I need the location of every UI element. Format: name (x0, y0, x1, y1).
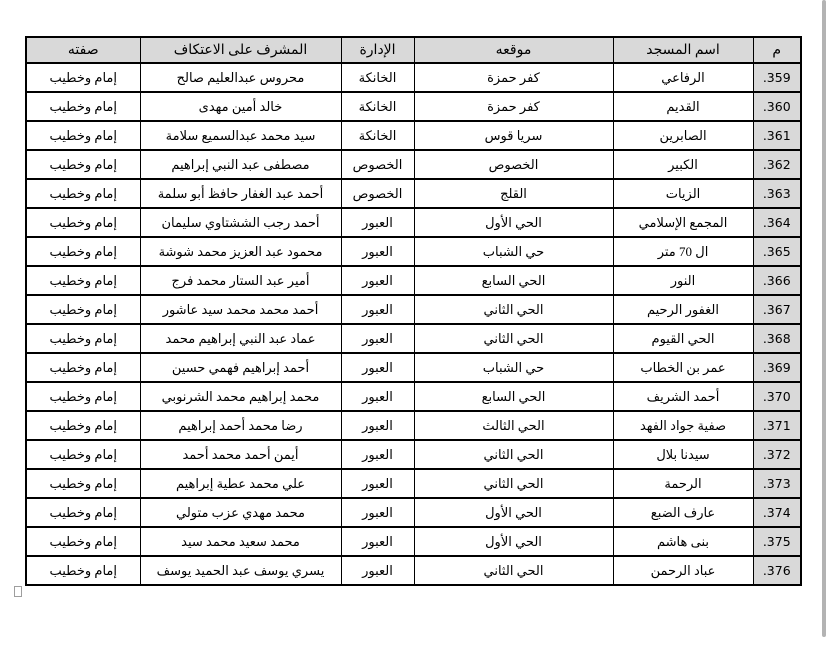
admin-cell[interactable]: العبور (341, 353, 414, 382)
supervisor-cell[interactable]: سيد محمد عبدالسميع سلامة (140, 121, 341, 150)
table-row: .375بنى هاشمالحي الأولالعبورمحمد سعيد مح… (26, 527, 801, 556)
admin-cell[interactable]: العبور (341, 237, 414, 266)
role-cell[interactable]: إمام وخطيب (26, 353, 140, 382)
num-cell[interactable]: .362 (753, 150, 801, 179)
num-cell[interactable]: .361 (753, 121, 801, 150)
role-cell[interactable]: إمام وخطيب (26, 92, 140, 121)
num-cell[interactable]: .369 (753, 353, 801, 382)
location-cell[interactable]: الحي الثاني (414, 440, 613, 469)
supervisor-cell[interactable]: علي محمد عطية إبراهيم (140, 469, 341, 498)
location-cell[interactable]: كفر حمزة (414, 63, 613, 92)
location-cell[interactable]: حي الشباب (414, 353, 613, 382)
admin-cell[interactable]: الخانكة (341, 92, 414, 121)
location-cell[interactable]: الحي الثاني (414, 324, 613, 353)
mosque-cell[interactable]: الكبير (613, 150, 753, 179)
paragraph-mark-icon (14, 586, 22, 597)
location-cell[interactable]: الحي الأول (414, 208, 613, 237)
admin-cell[interactable]: العبور (341, 469, 414, 498)
role-cell[interactable]: إمام وخطيب (26, 179, 140, 208)
table-header-row: ماسم المسجدموقعهالإدارةالمشرف على الاعتك… (26, 37, 801, 63)
num-cell[interactable]: .376 (753, 556, 801, 585)
num-cell[interactable]: .374 (753, 498, 801, 527)
table-body: .359الرفاعيكفر حمزةالخانكةمحروس عبدالعلي… (26, 63, 801, 585)
supervisor-cell[interactable]: محمد إبراهيم محمد الشرنوبي (140, 382, 341, 411)
location-cell[interactable]: الحي السابع (414, 266, 613, 295)
admin-cell[interactable]: العبور (341, 411, 414, 440)
table-row: .366النورالحي السابعالعبورأمير عبد الستا… (26, 266, 801, 295)
admin-cell[interactable]: العبور (341, 382, 414, 411)
mosque-cell[interactable]: الغفور الرحيم (613, 295, 753, 324)
location-cell[interactable]: الخصوص (414, 150, 613, 179)
supervisor-cell[interactable]: أحمد إبراهيم فهمي حسين (140, 353, 341, 382)
table-row: .363الزياتالقلجالخصوصأحمد عبد الغفار حاف… (26, 179, 801, 208)
mosque-cell[interactable]: الرفاعي (613, 63, 753, 92)
location-cell[interactable]: كفر حمزة (414, 92, 613, 121)
location-cell[interactable]: الحي الثاني (414, 556, 613, 585)
num-cell[interactable]: .372 (753, 440, 801, 469)
mosque-cell[interactable]: عارف الضبع (613, 498, 753, 527)
table-row: .359الرفاعيكفر حمزةالخانكةمحروس عبدالعلي… (26, 63, 801, 92)
num-cell[interactable]: .366 (753, 266, 801, 295)
location-cell[interactable]: القلج (414, 179, 613, 208)
column-header-num[interactable]: م (753, 37, 801, 63)
role-cell[interactable]: إمام وخطيب (26, 469, 140, 498)
mosque-cell[interactable]: سيدنا بلال (613, 440, 753, 469)
location-cell[interactable]: الحي الأول (414, 498, 613, 527)
role-cell[interactable]: إمام وخطيب (26, 440, 140, 469)
admin-cell[interactable]: الخصوص (341, 179, 414, 208)
mosque-cell[interactable]: بنى هاشم (613, 527, 753, 556)
table-row: .371صفية جواد الفهدالحي الثالثالعبوررضا … (26, 411, 801, 440)
mosque-cell[interactable]: ال 70 متر (613, 237, 753, 266)
num-cell[interactable]: .359 (753, 63, 801, 92)
num-cell[interactable]: .364 (753, 208, 801, 237)
mosques-table: ماسم المسجدموقعهالإدارةالمشرف على الاعتك… (25, 36, 802, 586)
admin-cell[interactable]: الخصوص (341, 150, 414, 179)
location-cell[interactable]: سريا قوس (414, 121, 613, 150)
table-row: .362الكبيرالخصوصالخصوصمصطفى عبد النبي إب… (26, 150, 801, 179)
supervisor-cell[interactable]: خالد أمين مهدى (140, 92, 341, 121)
num-cell[interactable]: .367 (753, 295, 801, 324)
location-cell[interactable]: حي الشباب (414, 237, 613, 266)
role-cell[interactable]: إمام وخطيب (26, 527, 140, 556)
table-row: .361الصابرينسريا قوسالخانكةسيد محمد عبدا… (26, 121, 801, 150)
vertical-scrollbar[interactable] (822, 0, 826, 637)
role-cell[interactable]: إمام وخطيب (26, 208, 140, 237)
admin-cell[interactable]: العبور (341, 498, 414, 527)
table-row: .370أحمد الشريفالحي السابعالعبورمحمد إبر… (26, 382, 801, 411)
admin-cell[interactable]: الخانكة (341, 121, 414, 150)
role-cell[interactable]: إمام وخطيب (26, 382, 140, 411)
mosque-cell[interactable]: القديم (613, 92, 753, 121)
table-row: .364المجمع الإسلاميالحي الأولالعبورأحمد … (26, 208, 801, 237)
admin-cell[interactable]: الخانكة (341, 63, 414, 92)
role-cell[interactable]: إمام وخطيب (26, 63, 140, 92)
role-cell[interactable]: إمام وخطيب (26, 411, 140, 440)
mosque-cell[interactable]: الحي القيوم (613, 324, 753, 353)
admin-cell[interactable]: العبور (341, 266, 414, 295)
role-cell[interactable]: إمام وخطيب (26, 498, 140, 527)
column-header-role[interactable]: صفته (26, 37, 140, 63)
mosque-cell[interactable]: صفية جواد الفهد (613, 411, 753, 440)
column-header-location[interactable]: موقعه (414, 37, 613, 63)
admin-cell[interactable]: العبور (341, 440, 414, 469)
table-row: .368الحي القيومالحي الثانيالعبورعماد عبد… (26, 324, 801, 353)
table-row: .374عارف الضبعالحي الأولالعبورمحمد مهدي … (26, 498, 801, 527)
document-page: ماسم المسجدموقعهالإدارةالمشرف على الاعتك… (0, 0, 828, 651)
column-header-supervisor[interactable]: المشرف على الاعتكاف (140, 37, 341, 63)
num-cell[interactable]: .365 (753, 237, 801, 266)
role-cell[interactable]: إمام وخطيب (26, 150, 140, 179)
supervisor-cell[interactable]: يسري يوسف عبد الحميد يوسف (140, 556, 341, 585)
supervisor-cell[interactable]: أحمد محمد محمد سيد عاشور (140, 295, 341, 324)
column-header-mosque[interactable]: اسم المسجد (613, 37, 753, 63)
admin-cell[interactable]: العبور (341, 556, 414, 585)
supervisor-cell[interactable]: محروس عبدالعليم صالح (140, 63, 341, 92)
mosque-cell[interactable]: عباد الرحمن (613, 556, 753, 585)
mosque-cell[interactable]: الصابرين (613, 121, 753, 150)
column-header-admin[interactable]: الإدارة (341, 37, 414, 63)
table-row: .360القديمكفر حمزةالخانكةخالد أمين مهدىإ… (26, 92, 801, 121)
mosque-cell[interactable]: عمر بن الخطاب (613, 353, 753, 382)
num-cell[interactable]: .373 (753, 469, 801, 498)
role-cell[interactable]: إمام وخطيب (26, 324, 140, 353)
table-row: .367الغفور الرحيمالحي الثانيالعبورأحمد م… (26, 295, 801, 324)
supervisor-cell[interactable]: محمد سعيد محمد سيد (140, 527, 341, 556)
role-cell[interactable]: إمام وخطيب (26, 266, 140, 295)
num-cell[interactable]: .370 (753, 382, 801, 411)
role-cell[interactable]: إمام وخطيب (26, 556, 140, 585)
admin-cell[interactable]: العبور (341, 208, 414, 237)
table-row: .373الرحمةالحي الثانيالعبورعلي محمد عطية… (26, 469, 801, 498)
supervisor-cell[interactable]: أيمن أحمد محمد أحمد (140, 440, 341, 469)
num-cell[interactable]: .363 (753, 179, 801, 208)
mosque-cell[interactable]: أحمد الشريف (613, 382, 753, 411)
supervisor-cell[interactable]: أمير عبد الستار محمد فرج (140, 266, 341, 295)
num-cell[interactable]: .368 (753, 324, 801, 353)
admin-cell[interactable]: العبور (341, 324, 414, 353)
location-cell[interactable]: الحي الثاني (414, 295, 613, 324)
role-cell[interactable]: إمام وخطيب (26, 121, 140, 150)
num-cell[interactable]: .375 (753, 527, 801, 556)
supervisor-cell[interactable]: أحمد رجب الششتاوي سليمان (140, 208, 341, 237)
supervisor-cell[interactable]: أحمد عبد الغفار حافظ أبو سلمة (140, 179, 341, 208)
admin-cell[interactable]: العبور (341, 295, 414, 324)
location-cell[interactable]: الحي الثالث (414, 411, 613, 440)
location-cell[interactable]: الحي السابع (414, 382, 613, 411)
supervisor-cell[interactable]: رضا محمد أحمد إبراهيم (140, 411, 341, 440)
role-cell[interactable]: إمام وخطيب (26, 237, 140, 266)
location-cell[interactable]: الحي الأول (414, 527, 613, 556)
supervisor-cell[interactable]: محمد مهدي عزب متولي (140, 498, 341, 527)
table-row: .372سيدنا بلالالحي الثانيالعبورأيمن أحمد… (26, 440, 801, 469)
mosque-cell[interactable]: الرحمة (613, 469, 753, 498)
supervisor-cell[interactable]: مصطفى عبد النبي إبراهيم (140, 150, 341, 179)
supervisor-cell[interactable]: محمود عبد العزيز محمد شوشة (140, 237, 341, 266)
supervisor-cell[interactable]: عماد عبد النبي إبراهيم محمد (140, 324, 341, 353)
location-cell[interactable]: الحي الثاني (414, 469, 613, 498)
admin-cell[interactable]: العبور (341, 527, 414, 556)
role-cell[interactable]: إمام وخطيب (26, 295, 140, 324)
table-row: .376عباد الرحمنالحي الثانيالعبوريسري يوس… (26, 556, 801, 585)
num-cell[interactable]: .360 (753, 92, 801, 121)
mosque-cell[interactable]: الزيات (613, 179, 753, 208)
mosque-cell[interactable]: النور (613, 266, 753, 295)
table-row: .369عمر بن الخطابحي الشبابالعبورأحمد إبر… (26, 353, 801, 382)
mosque-cell[interactable]: المجمع الإسلامي (613, 208, 753, 237)
table-row: .365ال 70 مترحي الشبابالعبورمحمود عبد ال… (26, 237, 801, 266)
num-cell[interactable]: .371 (753, 411, 801, 440)
